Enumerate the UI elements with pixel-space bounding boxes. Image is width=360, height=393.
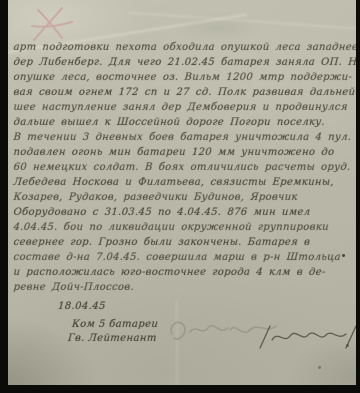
handwritten-line: ревне Дойч-Плоссов.: [13, 280, 354, 295]
handwritten-line: дальше вышел к Шоссейной дороге Погори п…: [13, 115, 354, 130]
handwritten-line: опушке леса, восточнее оз. Вильм 1200 мт…: [13, 70, 354, 85]
handwritten-line: составе д-на 7.04.45. совершила марш в р…: [13, 250, 354, 265]
handwritten-line: 4.04.45. бои по ликвидации окруженной гр…: [13, 220, 354, 235]
ink-speck: [318, 366, 321, 369]
handwritten-line: дер Либенберг. Для чего 21.02.45 батарея…: [13, 55, 354, 70]
handwritten-body: арт подготовки пехота обходила опушкой л…: [13, 40, 353, 295]
handwritten-line: шее наступление занял дер Дембоверия и п…: [13, 100, 354, 115]
ink-speck: [342, 254, 345, 257]
handwritten-line: Оборудовано с 31.03.45 по 4.04.45. 876 м…: [13, 205, 354, 220]
signer-position: Ком 5 батареи: [72, 319, 159, 330]
scanned-document: арт подготовки пехота обходила опушкой л…: [0, 0, 360, 393]
date: 18.04.45: [58, 301, 107, 312]
handwritten-line: севернее гор. Грозно были закончены. Бат…: [13, 235, 354, 250]
handwritten-line: вая своим огнем 172 сп и 27 сд. Полк раз…: [13, 85, 354, 100]
handwritten-line: В течении 3 дневных боев батарея уничтож…: [13, 130, 354, 145]
handwritten-line: и расположилась юго-восточнее города 4 к…: [13, 265, 354, 280]
ink-signature: [256, 322, 356, 354]
handwritten-line: Лебедева Носкова и Филатьева, связисты Е…: [13, 175, 354, 190]
handwritten-line: подавлен огонь мин батареи 120 мм уничто…: [13, 145, 354, 160]
paper-sheet: арт подготовки пехота обходила опушкой л…: [8, 0, 356, 385]
signer-rank: Гв. Лейтенант: [68, 333, 158, 344]
handwritten-line: Козарев, Рудаков, разведчики Будинов, Яр…: [13, 190, 354, 205]
ink-speck: [346, 344, 349, 347]
pencil-signature: [166, 314, 281, 348]
handwritten-line: арт подготовки пехота обходила опушкой л…: [13, 40, 354, 55]
handwritten-line: 60 немецких солдат. В боях отличились ра…: [13, 160, 354, 175]
paper-crease: [176, 300, 178, 385]
